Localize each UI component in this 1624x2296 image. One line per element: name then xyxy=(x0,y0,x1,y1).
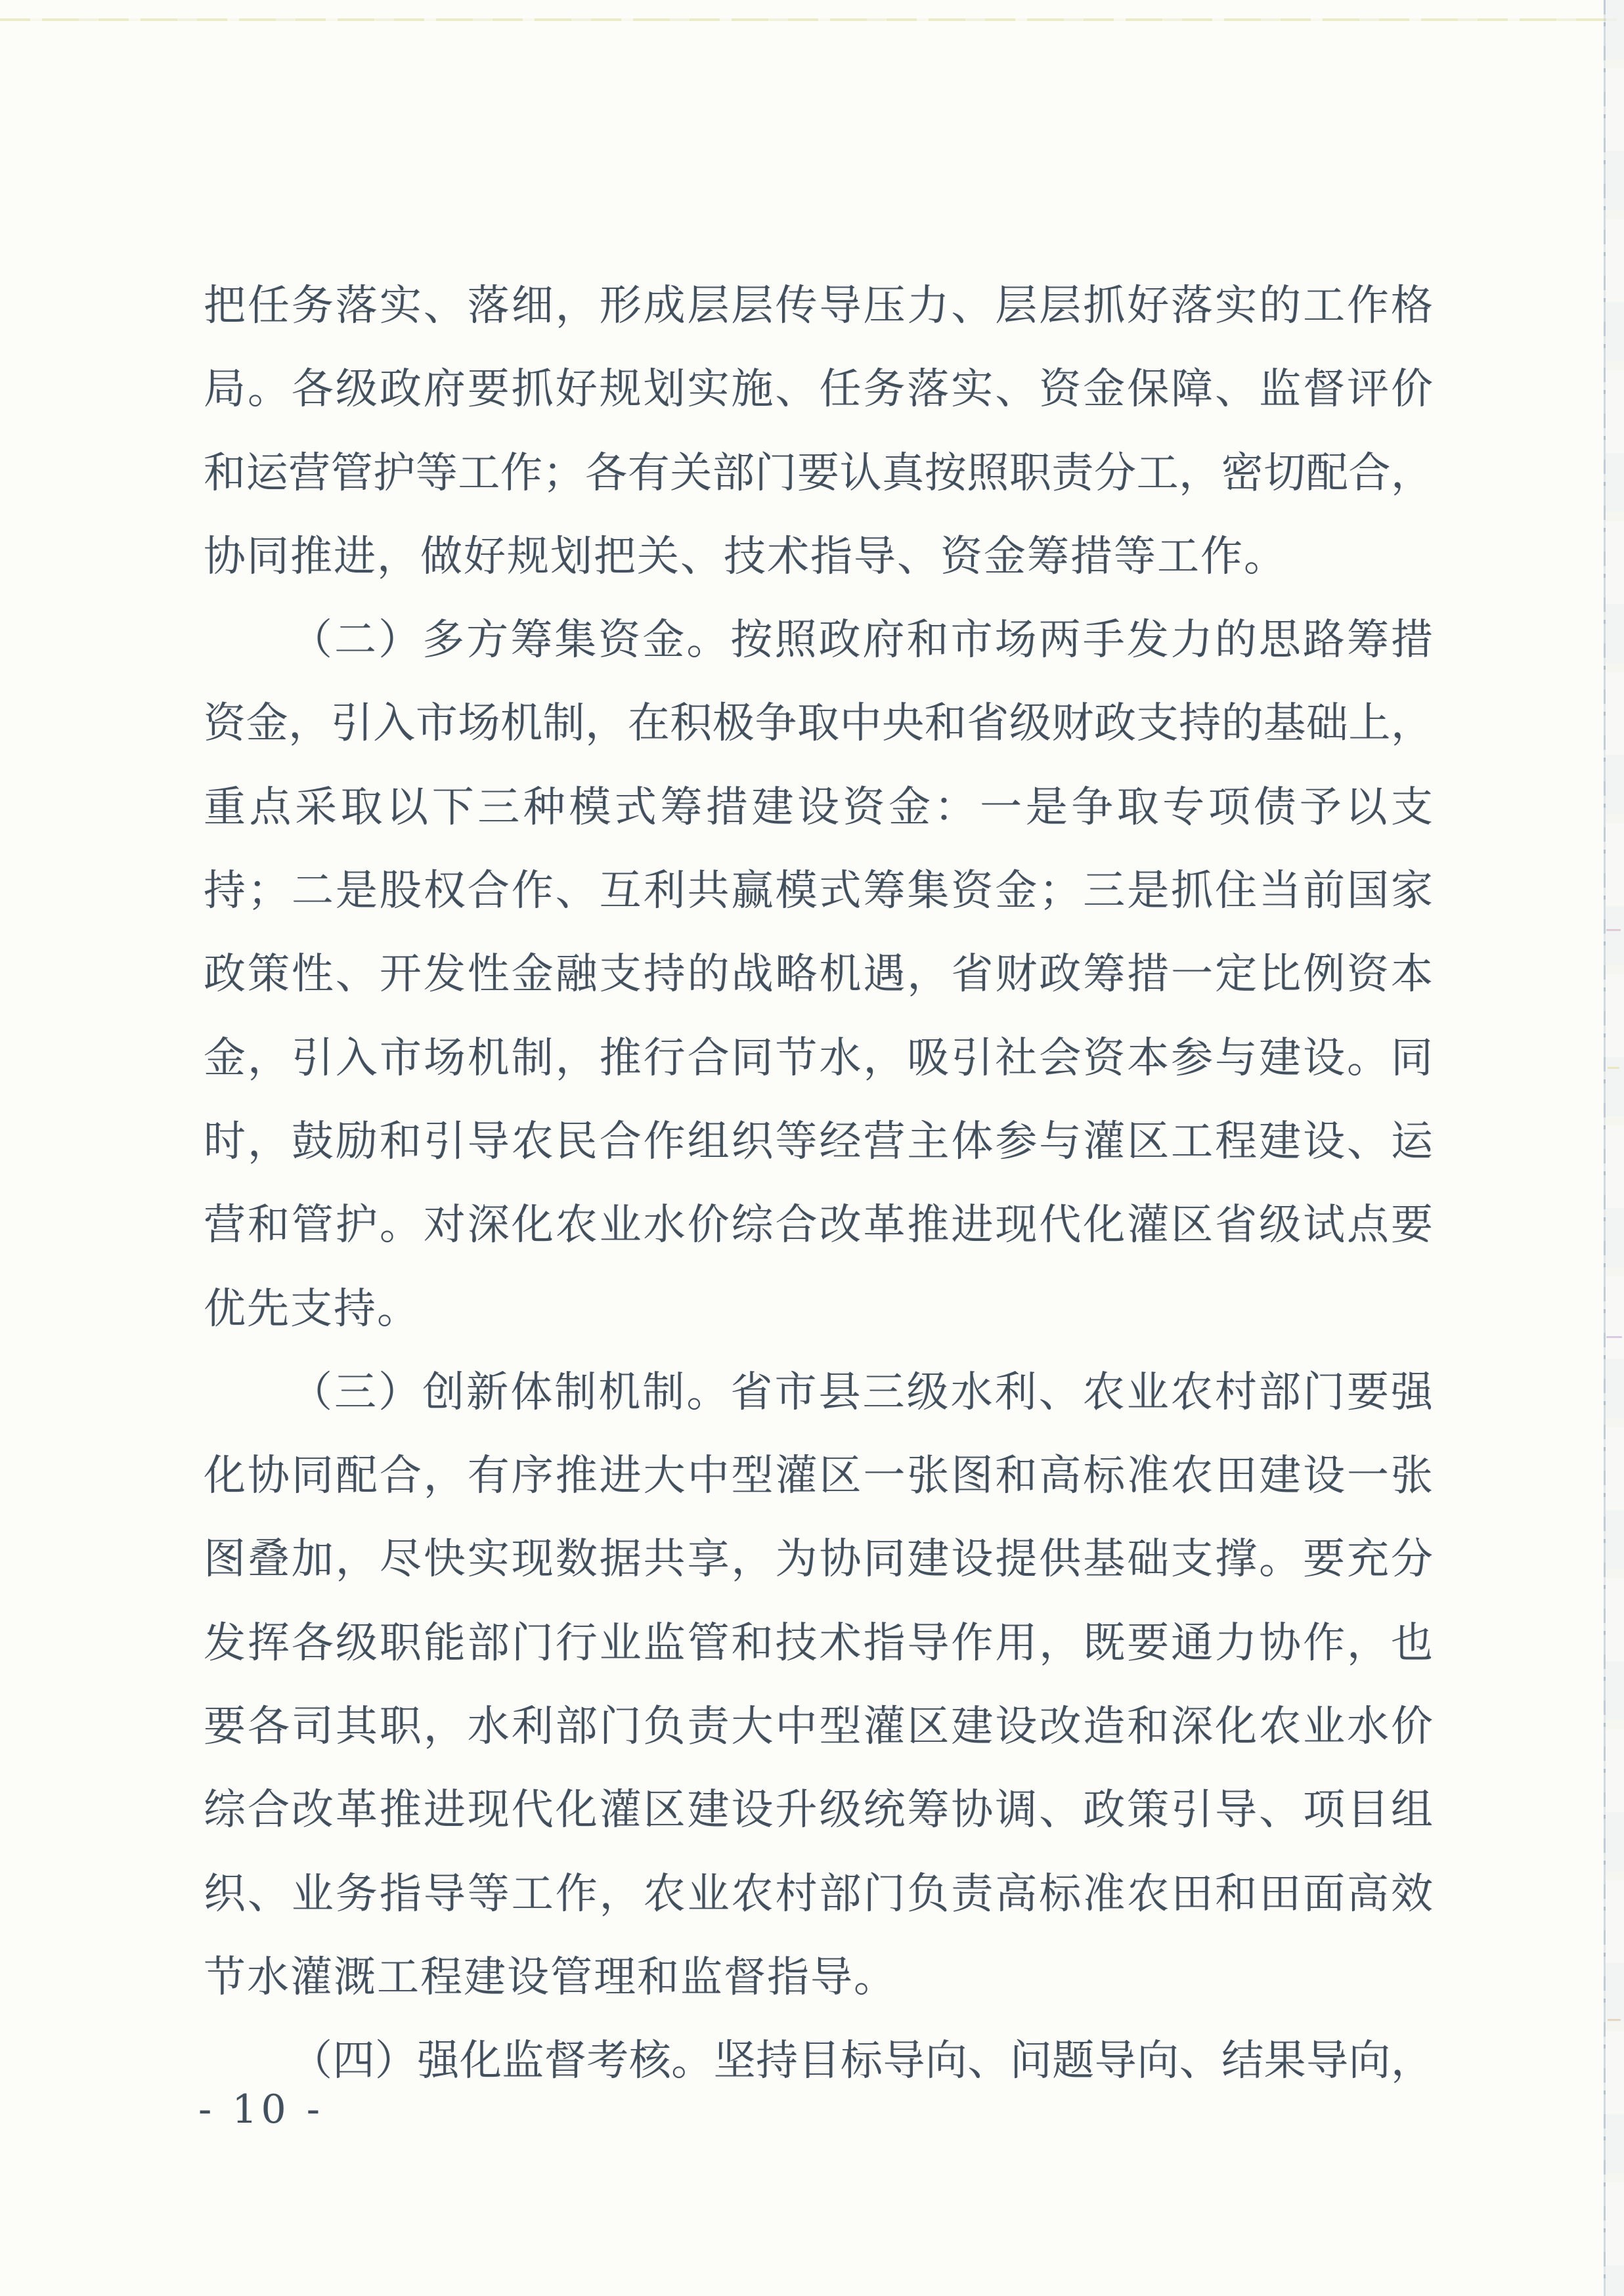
scan-artifact-right-line xyxy=(1604,0,1606,2296)
page-number: - 10 - xyxy=(198,2087,324,2133)
document-page: 把任务落实、落细，形成层层传导压力、层层抓好落实的工作格局。各级政府要抓好规划实… xyxy=(0,0,1624,2296)
text-line: 资金，引入市场机制，在积极争取中央和省级财政支持的基础上， xyxy=(204,682,1433,766)
text-line: 发挥各级职能部门行业监管和技术指导作用，既要通力协作，也 xyxy=(204,1602,1433,1685)
text-line: 图叠加，尽快实现数据共享，为协同建设提供基础支撑。要充分 xyxy=(204,1518,1433,1601)
document-body: 把任务落实、落细，形成层层传导压力、层层抓好落实的工作格局。各级政府要抓好规划实… xyxy=(204,265,1433,2104)
scan-speck xyxy=(1608,1067,1619,1069)
text-line: 化协同配合，有序推进大中型灌区一张图和高标准农田建设一张 xyxy=(204,1435,1433,1518)
text-line: 把任务落实、落细，形成层层传导压力、层层抓好落实的工作格 xyxy=(204,265,1433,348)
text-line: 协同推进，做好规划把关、技术指导、资金筹措等工作。 xyxy=(204,515,1433,599)
text-line: 局。各级政府要抓好规划实施、任务落实、资金保障、监督评价 xyxy=(204,348,1433,431)
text-line: 要各司其职，水利部门负责大中型灌区建设改造和深化农业水价 xyxy=(204,1685,1433,1769)
text-line: 和运营管护等工作；各有关部门要认真按照职责分工，密切配合， xyxy=(204,432,1433,515)
text-line: 综合改革推进现代化灌区建设升级统筹协调、政策引导、项目组 xyxy=(204,1769,1433,1852)
scan-speck xyxy=(1606,929,1621,931)
text-line: 优先支持。 xyxy=(204,1268,1433,1351)
text-line: 金，引入市场机制，推行合同节水，吸引社会资本参与建设。同 xyxy=(204,1017,1433,1100)
text-line: 营和管护。对深化农业水价综合改革推进现代化灌区省级试点要 xyxy=(204,1184,1433,1267)
text-line: 政策性、开发性金融支持的战略机遇，省财政筹措一定比例资本 xyxy=(204,933,1433,1016)
scan-speck xyxy=(1606,1336,1622,1338)
text-line: 持；二是股权合作、互利共赢模式筹集资金；三是抓住当前国家 xyxy=(204,850,1433,933)
text-line: 节水灌溉工程建设管理和监督指导。 xyxy=(204,1936,1433,2020)
scan-artifact-right-haze xyxy=(1606,0,1624,2296)
text-line: （二）多方筹集资金。按照政府和市场两手发力的思路筹措 xyxy=(204,599,1433,682)
scan-artifact-top-line xyxy=(0,18,1617,21)
text-line: 时，鼓励和引导农民合作组织等经营主体参与灌区工程建设、运 xyxy=(204,1100,1433,1184)
text-line: （四）强化监督考核。坚持目标导向、问题导向、结果导向， xyxy=(204,2020,1433,2103)
text-line: 织、业务指导等工作，农业农村部门负责高标准农田和田面高效 xyxy=(204,1853,1433,1936)
scan-speck xyxy=(1608,2019,1621,2021)
text-line: 重点采取以下三种模式筹措建设资金：一是争取专项债予以支 xyxy=(204,766,1433,850)
text-line: （三）创新体制机制。省市县三级水利、农业农村部门要强 xyxy=(204,1351,1433,1435)
